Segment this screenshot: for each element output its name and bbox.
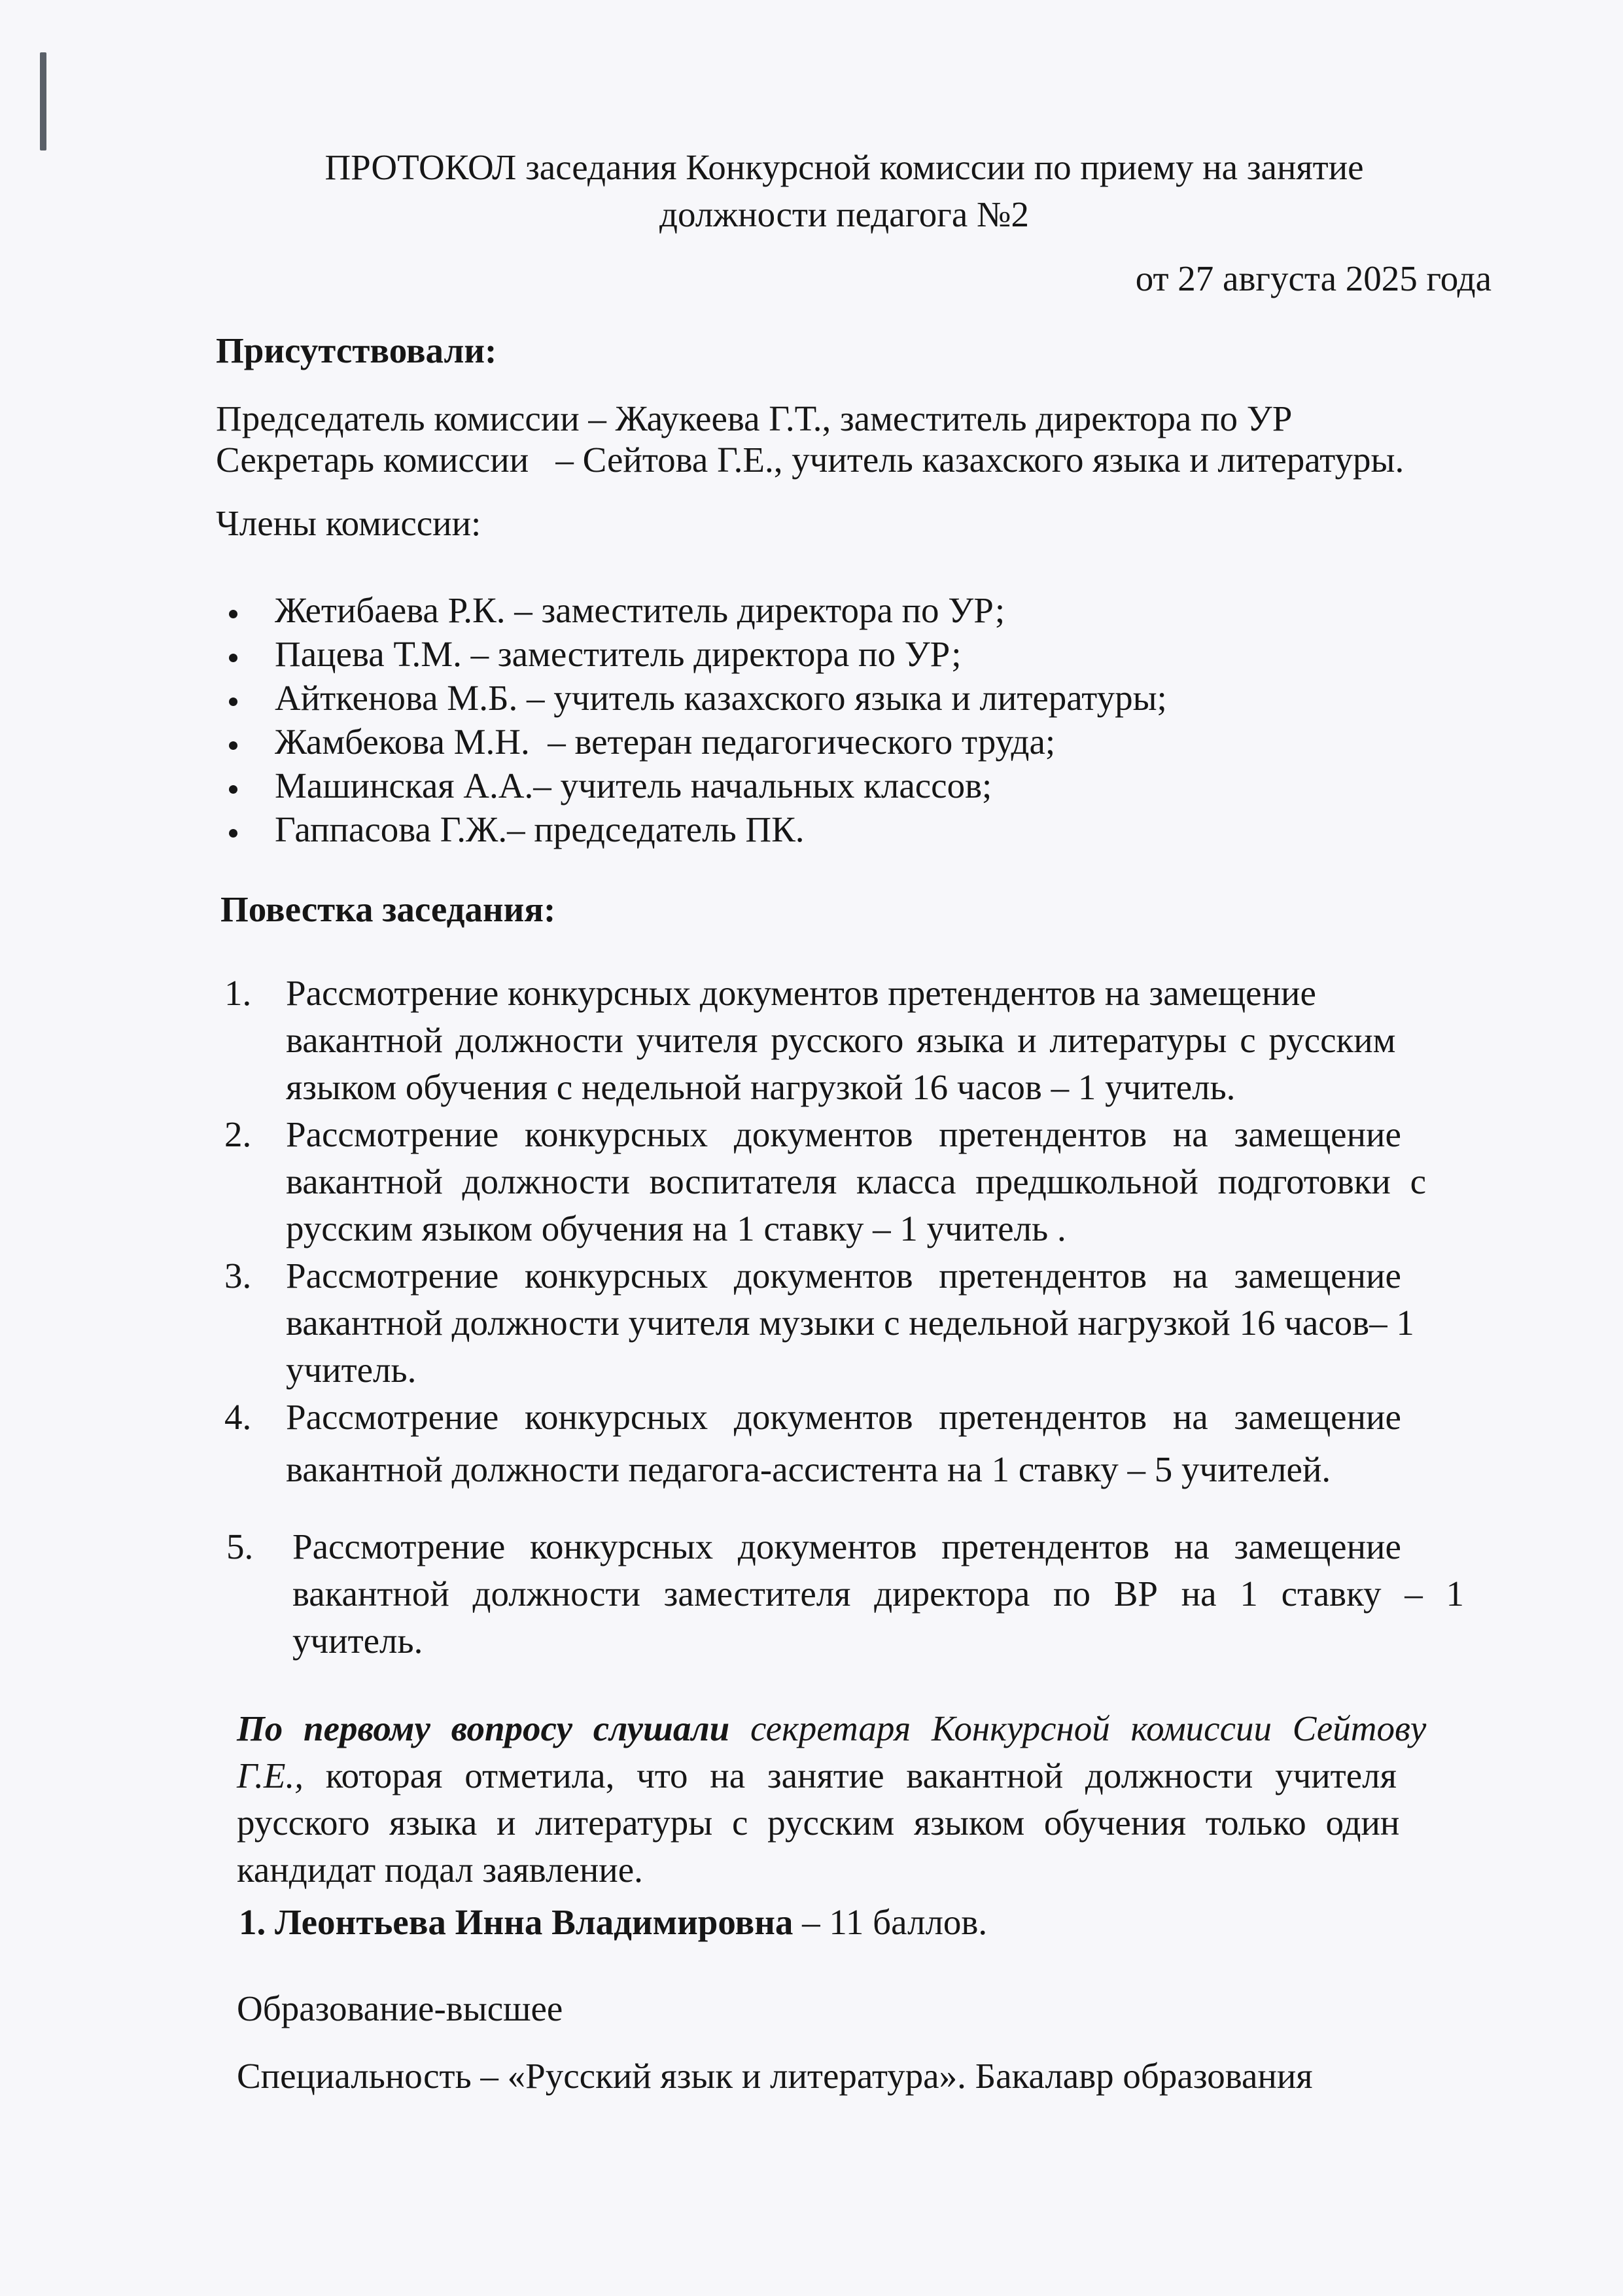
member-text: Жамбекова М.Н. – ветеран педагогического… — [275, 724, 1055, 760]
candidate-score: – 11 баллов. — [793, 1902, 987, 1942]
candidate-entry: 1. Леонтьева Инна Владимировна – 11 балл… — [239, 1904, 987, 1940]
commission-secretary: Секретарь комиссии – Сейтова Г.Е., учите… — [216, 442, 1404, 478]
agenda-item-line: вакантной должности заместителя директор… — [292, 1576, 1464, 1612]
agenda-item-line: Рассмотрение конкурсных документов прете… — [286, 1258, 1401, 1294]
member-text: Пацева Т.М. – заместитель директора по У… — [275, 636, 962, 672]
bullet-icon — [229, 785, 237, 794]
candidate-education: Образование-высшее — [237, 1990, 563, 2026]
agenda-item-line: вакантной должности учителя русского язы… — [286, 1022, 1395, 1058]
agenda-line-text: Рассмотрение конкурсных документов прете… — [286, 975, 1316, 1011]
candidate-name: Леонтьева Инна Владимировна — [275, 1902, 793, 1942]
document-page: ПРОТОКОЛ заседания Конкурсной комиссии п… — [0, 0, 1623, 2296]
agenda-item-number: 5. — [226, 1528, 253, 1564]
agenda-heading: Повестка заседания: — [220, 891, 555, 927]
bullet-icon — [229, 654, 237, 662]
member-text: Гаппасова Г.Ж.– председатель ПК. — [275, 811, 805, 847]
question-lead-italic: секретаря Конкурсной комиссии Сейтову — [750, 1708, 1426, 1748]
candidate-number: 1. — [239, 1902, 266, 1942]
agenda-item-line: вакантной должности учителя музыки с нед… — [286, 1305, 1414, 1341]
agenda-item-line: вакантной должности педагога-ассистента … — [286, 1451, 1331, 1487]
candidate-specialty: Специальность – «Русский язык и литерату… — [237, 2058, 1313, 2094]
agenda-item-line: вакантной должности воспитателя класса п… — [286, 1163, 1426, 1199]
commission-chair: Председатель комиссии – Жаукеева Г.Т., з… — [216, 400, 1292, 436]
paragraph-text: которая отметила, что на занятие вакантн… — [326, 1756, 1397, 1795]
agenda-item-line: Рассмотрение конкурсных документов прете… — [286, 1116, 1401, 1152]
paragraph-line: Г.Е., которая отметила, что на занятие в… — [237, 1757, 1397, 1793]
agenda-item-line: Рассмотрение конкурсных документов прете… — [286, 975, 1504, 1011]
member-text: Машинская А.А.– учитель начальных классо… — [275, 768, 992, 804]
agenda-item-number: 2. — [224, 1116, 251, 1152]
agenda-item-number: 4. — [224, 1399, 251, 1435]
agenda-item-number: 3. — [224, 1258, 251, 1294]
agenda-item-line: учитель. — [292, 1623, 423, 1659]
member-text: Айткенова М.Б. – учитель казахского язык… — [275, 680, 1167, 716]
agenda-item-line: учитель. — [286, 1352, 416, 1388]
secretary-initials: Г.Е., — [237, 1756, 304, 1795]
paragraph-line: русского языка и литературы с русским яз… — [237, 1805, 1399, 1841]
agenda-item-line: Рассмотрение конкурсных документов прете… — [286, 1399, 1401, 1435]
agenda-item-line: Рассмотрение конкурсных документов прете… — [292, 1528, 1401, 1564]
member-text: Жетибаева Р.К. – заместитель директора п… — [275, 592, 1005, 628]
paragraph-line: кандидат подал заявление. — [237, 1852, 643, 1888]
margin-staple-mark — [40, 52, 46, 150]
bullet-icon — [229, 741, 237, 750]
attendance-heading: Присутствовали: — [216, 332, 497, 368]
document-title-line2: должности педагога №2 — [0, 196, 1623, 232]
bullet-icon — [229, 829, 237, 838]
paragraph-line: По первому вопросу слушали секретаря Кон… — [237, 1710, 1426, 1746]
bullet-icon — [229, 698, 237, 706]
document-date: от 27 августа 2025 года — [1136, 260, 1492, 296]
bullet-icon — [229, 610, 237, 618]
members-heading: Члены комиссии: — [216, 505, 481, 541]
agenda-item-line: языком обучения с недельной нагрузкой 16… — [286, 1069, 1235, 1105]
question-lead: По первому вопросу слушали — [237, 1708, 729, 1748]
agenda-item-line: русским языком обучения на 1 ставку – 1 … — [286, 1210, 1066, 1246]
document-title-line1: ПРОТОКОЛ заседания Конкурсной комиссии п… — [0, 149, 1623, 185]
agenda-item-number: 1. — [224, 975, 251, 1011]
